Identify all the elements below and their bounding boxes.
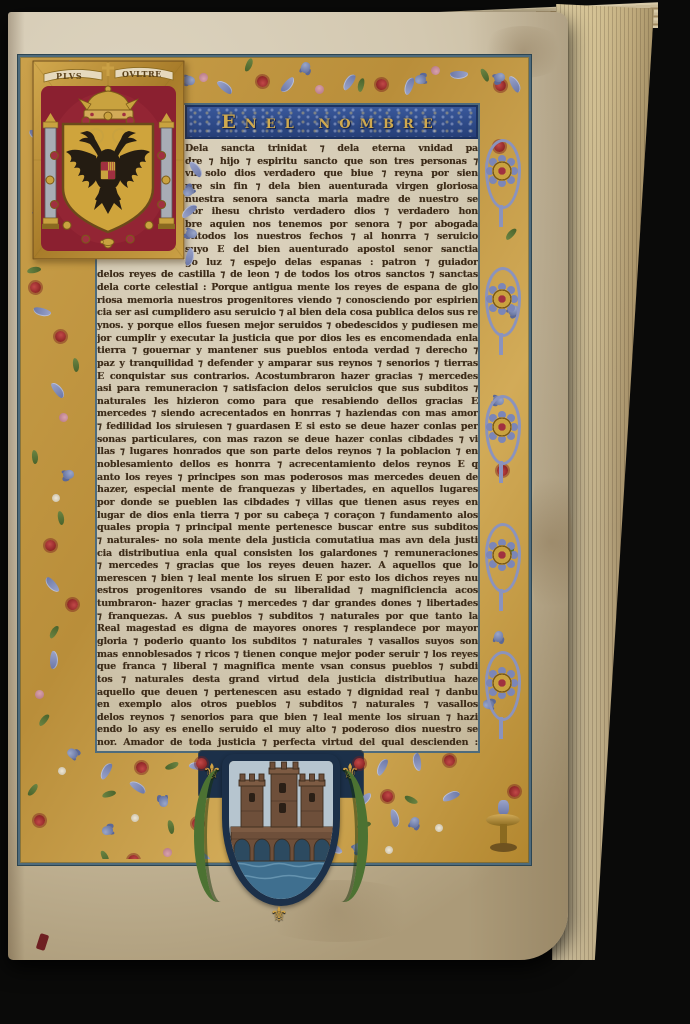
text-line: tumbraron- hazer gracias ⁊ mercedes ⁊ da… <box>97 598 478 611</box>
text-line: E conquistar sus contrarios. Acostumbrar… <box>97 371 478 384</box>
berry-ornament <box>415 74 426 84</box>
collar-gem <box>82 235 90 243</box>
leaf-ornament <box>37 713 50 728</box>
text-line: ⁊ mercedes ⁊ gracias que los reyes deuen… <box>97 560 478 573</box>
berry-ornament <box>300 60 312 74</box>
blue-ornament <box>43 576 60 595</box>
pendant-fleur-de-lis-icon: ⚜ <box>270 902 288 926</box>
leaf-ornament <box>57 510 65 525</box>
photograph-background: Enel nombre Dela sancta trinidat ⁊ dela … <box>0 0 690 1024</box>
pink-ornament <box>33 688 46 701</box>
coat-of-arms-graphic: PLVS OVLTRE <box>32 60 185 260</box>
text-line: estros progenitores vsando de su liberal… <box>97 585 478 598</box>
text-line: ynos. y porque ellos fuesen mejor seruid… <box>97 320 478 333</box>
arms-edge-acanthus <box>178 162 194 272</box>
red-ornament <box>128 854 140 859</box>
red-ornament <box>66 598 80 612</box>
red-ornament <box>136 761 148 773</box>
text-line: paz y tranquilidad ⁊ defender y amparar … <box>97 358 478 371</box>
text-line: mercedes ⁊ siendo acrecentados en honrra… <box>97 408 478 421</box>
castle-shield-emblem: ⚜ ⚜ <box>198 746 364 954</box>
text-line: aquello que deuen ⁊ pertenescen asu esta… <box>97 687 478 700</box>
fountain-foliage <box>498 800 509 815</box>
fountain-stem <box>500 824 507 844</box>
pink-ornament <box>197 71 209 83</box>
blue-ornament <box>340 73 357 92</box>
text-line: entodos los nuestros fechos ⁊ al honrra … <box>185 231 478 244</box>
red-ornament <box>53 329 68 344</box>
illuminated-heading-band: Enel nombre <box>185 105 478 139</box>
text-line: asi para remuneracion ⁊ satisfacion delo… <box>97 383 478 396</box>
leaf-ornament <box>26 265 41 274</box>
acanthus-rosette-medallion <box>484 135 520 235</box>
text-line: dre ⁊ hijo ⁊ espiritu sancto que son tre… <box>185 156 478 169</box>
text-line: endo lo asy es enello seruido el muy alt… <box>97 724 478 737</box>
blue-ornament <box>215 78 234 96</box>
rosette <box>492 545 512 565</box>
motto-oultre: OVLTRE <box>122 69 162 79</box>
breast-escutcheon <box>101 162 115 179</box>
text-line: por donde se pueblen las cibdades ⁊ vill… <box>97 497 478 510</box>
text-line: mas ennoblesados ⁊ ricos ⁊ tienen conque… <box>97 649 478 662</box>
medallion-stem <box>499 333 503 355</box>
red-ornament <box>508 786 521 799</box>
collar-gem <box>50 201 58 209</box>
bookmark-thread <box>36 933 50 951</box>
blue-ornament <box>183 247 195 266</box>
white-ornament <box>434 822 445 833</box>
rosette <box>492 417 512 437</box>
white-ornament <box>51 494 59 502</box>
berry-ornament <box>63 470 75 480</box>
text-line: merescen ⁊ bien ⁊ leal mente los siruen … <box>97 573 478 586</box>
collar-link <box>145 221 153 229</box>
text-line: nuestra senora sancta maria madre de nue… <box>185 194 478 207</box>
collar-link <box>104 112 112 120</box>
collar-link <box>63 221 71 229</box>
blue-ornament <box>401 76 415 96</box>
blue-ornament <box>412 753 422 771</box>
gold-fountain-ornament <box>484 800 524 856</box>
berry-ornament <box>65 746 79 760</box>
text-line: naturales les hizieron como para que res… <box>97 396 478 409</box>
text-line: cia ser asi cumplidero asu seruicio ⁊ al… <box>97 307 478 320</box>
leaf-ornament <box>164 761 179 772</box>
collar-gem <box>126 235 134 243</box>
text-line: jor cumplir y executar la justicia que p… <box>97 333 478 346</box>
pink-ornament <box>314 83 326 95</box>
text-line: pre sin fin ⁊ dela bien auenturada virge… <box>185 181 478 194</box>
blue-ornament <box>50 380 67 399</box>
berry-ornament <box>101 825 113 835</box>
leaf-ornament <box>48 624 60 639</box>
berry-ornament <box>493 72 506 84</box>
blue-ornament <box>32 305 52 318</box>
blue-ornament <box>390 808 401 827</box>
medallion-stem <box>499 205 503 227</box>
acanthus-rosette-medallion <box>484 263 520 363</box>
blue-ornament <box>49 650 59 669</box>
blue-ornament <box>374 757 390 777</box>
red-ornament <box>381 789 395 803</box>
red-ornament <box>43 539 57 553</box>
text-line: quales propia ⁊ principal mente pertenes… <box>97 522 478 535</box>
acanthus-rosette-medallion <box>484 391 520 491</box>
medallion-stem <box>499 589 503 611</box>
text-line: gloria ⁊ poderio quanto los subditos ⁊ n… <box>97 636 478 649</box>
blue-ornament <box>450 71 468 80</box>
berry-ornament <box>182 185 196 199</box>
leaf-ornament <box>26 782 39 797</box>
pink-ornament <box>57 411 70 424</box>
text-line: delos reynos ⁊ senorios para que bien ⁊ … <box>97 712 478 725</box>
red-ornament <box>255 73 270 88</box>
collar-link <box>162 176 170 184</box>
leaf-ornament <box>404 795 419 807</box>
white-ornament <box>57 766 67 776</box>
text-line: Dela sancta trinidat ⁊ dela eterna vnida… <box>185 143 478 156</box>
white-ornament <box>384 845 395 856</box>
rosette <box>492 673 512 693</box>
text-line: dela corte celestial : Porque antigua me… <box>97 282 478 295</box>
leaf-ornament <box>31 449 38 463</box>
berry-ornament <box>183 75 196 87</box>
rosette <box>492 289 512 309</box>
text-line: nor ihesu christo verdadero dios ⁊ verda… <box>185 206 478 219</box>
leaf-ornament <box>167 820 176 835</box>
blue-ornament <box>279 76 297 95</box>
medallion-stem <box>499 461 503 483</box>
collar-gem <box>158 152 166 160</box>
collar-gem <box>50 152 58 160</box>
text-line: lugar de dios enla tierra ⁊ por su cabeç… <box>97 510 478 523</box>
text-line: tos ⁊ naturales desta grand virtud dela … <box>97 674 478 687</box>
red-ornament <box>375 78 389 92</box>
parchment-stain <box>530 452 572 632</box>
text-line: suyo E del bien auenturado apostol senor… <box>185 244 478 257</box>
leaf-ornament <box>243 57 254 72</box>
text-line: Real magestad es digna de mayores onores… <box>97 623 478 636</box>
leaf-ornament <box>356 77 365 92</box>
red-ornament <box>32 813 47 828</box>
red-carnation-ornament <box>354 758 365 769</box>
fountain-base <box>490 843 517 852</box>
collar-link <box>46 176 54 184</box>
text-line: que franca ⁊ liberal ⁊ magnifica mente v… <box>97 661 478 674</box>
text-line: bre aquien nos tenemos por senora ⁊ por … <box>185 219 478 232</box>
text-line: vn solo dios verdadero que biue ⁊ reyna … <box>185 168 478 181</box>
castle-bridge-shield <box>222 754 340 906</box>
motto-plus: PLVS <box>56 71 83 81</box>
pink-ornament <box>431 66 440 75</box>
manuscript-page: Enel nombre Dela sancta trinidat ⁊ dela … <box>8 12 568 960</box>
collar-gem <box>158 201 166 209</box>
red-carnation-ornament <box>196 758 207 769</box>
rosette <box>492 161 512 181</box>
text-line: sonas particulares, con mas razon se deu… <box>97 434 478 447</box>
acanthus-rosette-medallion <box>484 647 520 747</box>
text-line: en exemplo alos otros pueblos ⁊ subditos… <box>97 699 478 712</box>
leaf-ornament <box>102 789 117 799</box>
text-line: go luz ⁊ espejo delas espanas : patron ⁊… <box>185 257 478 270</box>
text-line: delos reyes de castilla ⁊ de leon ⁊ de t… <box>97 269 478 282</box>
text-line: ⁊ franquezas. A sus pueblos ⁊ subditos ⁊… <box>97 611 478 624</box>
imperial-coat-of-arms: PLVS OVLTRE <box>32 60 185 260</box>
text-line: anto los reyes ⁊ principes son mas poder… <box>97 472 478 485</box>
pink-ornament <box>161 846 174 859</box>
border-right-medallions <box>480 57 525 859</box>
berry-ornament <box>493 630 505 643</box>
leaf-ornament <box>72 357 80 372</box>
white-ornament <box>129 812 140 823</box>
text-line: noblesamiento dellos es honrra ⁊ acrecen… <box>97 459 478 472</box>
castle-bridge-graphic <box>229 761 335 901</box>
text-line: llas ⁊ lugares honrados que son parte de… <box>97 446 478 459</box>
bridge-arches <box>234 839 330 861</box>
blue-ornament <box>441 789 461 803</box>
text-line: ⁊ fedilidad los siruiesen ⁊ guardasen E … <box>97 421 478 434</box>
heading-text: Enel nombre <box>221 111 441 133</box>
acanthus-rosette-medallion <box>484 519 520 619</box>
blue-ornament <box>98 761 115 780</box>
text-line: tierra ⁊ gouernar y mantener sus pueblos… <box>97 345 478 358</box>
berry-ornament <box>408 816 421 830</box>
text-line: ⁊ naturales- no sola mente dela justicia… <box>97 535 478 548</box>
red-ornament <box>442 753 457 768</box>
red-ornament <box>29 280 43 294</box>
text-line: riosa memoria nuestros progenitores vien… <box>97 295 478 308</box>
text-line: hazer, especial mente de franquezas y li… <box>97 484 478 497</box>
leaf-ornament <box>99 849 111 859</box>
berry-ornament <box>159 796 168 807</box>
medallion-stem <box>499 717 503 739</box>
blue-ornament <box>128 778 147 795</box>
text-line: cia distributiua enla qual consisten los… <box>97 548 478 561</box>
